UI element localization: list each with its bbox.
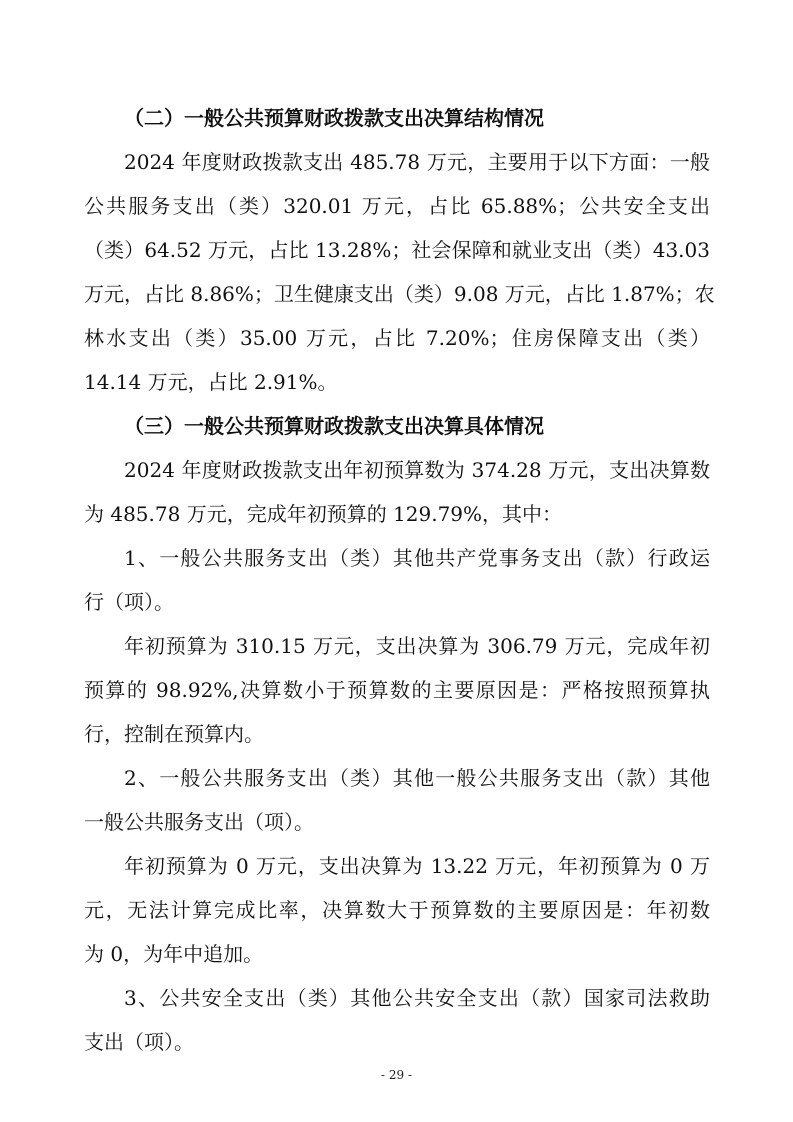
list-item-title: 一般公共服务支出（项）。: [84, 808, 710, 836]
document-page: （二）一般公共预算财政拨款支出决算结构情况 2024 年度财政拨款支出 485.…: [0, 0, 793, 1122]
list-item-title: 2、一般公共服务支出（类）其他一般公共服务支出（款）其他: [124, 764, 710, 792]
paragraph-line: 为 485.78 万元，完成年初预算的 129.79%，其中：: [84, 500, 710, 528]
page-number: - 29 -: [0, 1068, 793, 1082]
paragraph-line: 为 0，为年中追加。: [84, 940, 710, 968]
paragraph-line: 2024 年度财政拨款支出年初预算数为 374.28 万元，支出决算数: [124, 456, 710, 484]
paragraph-line: 公共服务支出（类）320.01 万元，占比 65.88%；公共安全支出: [84, 192, 710, 220]
list-item-title: 行（项）。: [84, 588, 710, 616]
paragraph-line: 年初预算为 0 万元，支出决算为 13.22 万元，年初预算为 0 万: [124, 852, 710, 880]
paragraph-line: 元，无法计算完成比率，决算数大于预算数的主要原因是：年初数: [84, 896, 710, 924]
paragraph-line: （类）64.52 万元，占比 13.28%；社会保障和就业支出（类）43.03: [84, 236, 710, 264]
paragraph-line: 14.14 万元，占比 2.91%。: [84, 368, 710, 396]
list-item-title: 支出（项）。: [84, 1028, 710, 1056]
paragraph-line: 2024 年度财政拨款支出 485.78 万元，主要用于以下方面：一般: [124, 148, 710, 176]
list-item-title: 3、公共安全支出（类）其他公共安全支出（款）国家司法救助: [124, 984, 710, 1012]
section-heading-structure: （二）一般公共预算财政拨款支出决算结构情况: [124, 104, 710, 132]
paragraph-line: 行，控制在预算内。: [84, 720, 710, 748]
list-item-title: 1、一般公共服务支出（类）其他共产党事务支出（款）行政运: [124, 544, 710, 572]
paragraph-line: 万元，占比 8.86%；卫生健康支出（类）9.08 万元，占比 1.87%；农: [84, 280, 710, 308]
paragraph-line: 年初预算为 310.15 万元，支出决算为 306.79 万元，完成年初: [124, 632, 710, 660]
paragraph-line: 预算的 98.92%,决算数小于预算数的主要原因是：严格按照预算执: [84, 676, 710, 704]
paragraph-line: 林水支出（类）35.00 万元，占比 7.20%；住房保障支出（类）: [84, 324, 710, 352]
section-heading-details: （三）一般公共预算财政拨款支出决算具体情况: [124, 412, 710, 440]
